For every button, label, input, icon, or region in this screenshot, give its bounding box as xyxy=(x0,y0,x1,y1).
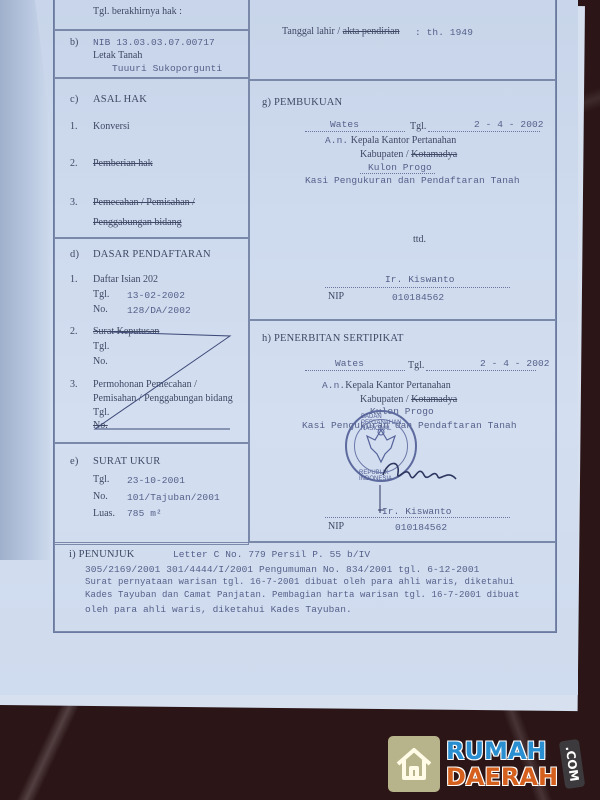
section-i: i) PENUNJUK Letter C No. 779 Persil P. 5… xyxy=(54,542,556,632)
penunjuk-line: Letter C No. 779 Persil P. 55 b/IV xyxy=(173,549,370,560)
asal-hak-num: 2. xyxy=(70,158,78,169)
folded-page-edge xyxy=(0,0,50,560)
section-d: d) DASAR PENDAFTARAN 1. Daftar Isian 202… xyxy=(54,238,249,443)
penunjuk-line: 305/2169/2001 301/4444/I/2001 Pengumuman… xyxy=(85,564,479,575)
asal-hak-title: ASAL HAK xyxy=(93,94,147,105)
asal-hak-item: Pemberian hak xyxy=(93,158,153,169)
tgl-label: Tgl. xyxy=(93,474,109,485)
asal-hak-item: Pemecahan / Pemisahan / xyxy=(93,197,195,208)
form-sheet: Tgl. berakhirnya hak : Tanggal lahir / a… xyxy=(53,0,557,633)
cancel-z-mark xyxy=(55,239,250,444)
asal-hak-num: 3. xyxy=(70,197,78,208)
logo-word-daerah: DAERAH xyxy=(446,764,558,790)
section-b: b) NIB 13.03.03.07.00717 Letak Tanah Tuu… xyxy=(54,30,249,78)
nip-label: NIP xyxy=(328,521,344,532)
birth-cell: Tanggal lahir / akta pendirian : th. 194… xyxy=(249,0,556,80)
role-value: Kasi Pengukuran dan Pendaftaran Tanah xyxy=(305,175,520,186)
section-c: c) ASAL HAK 1. Konversi 2. Pemberian hak… xyxy=(54,78,249,238)
penunjuk-line: oleh para ahli waris, diketahui Kades Ta… xyxy=(85,604,352,615)
rumahdaerah-watermark: RUMAH DAERAH .COM xyxy=(388,736,582,792)
asal-hak-item: Konversi xyxy=(93,121,130,132)
ttd-label: ttd. xyxy=(413,234,426,245)
kabupaten-line: Kabupaten / Kotamadya xyxy=(360,394,457,405)
nip-value: 010184562 xyxy=(392,292,444,303)
pembukuan-place: Wates xyxy=(330,119,359,130)
signatory-name: Ir. Kiswanto xyxy=(385,274,455,285)
penunjuk-line: Kades Tayuban dan Camat Panjatan. Pembag… xyxy=(85,590,520,600)
letak-value: Tuuuri Sukoporgunti xyxy=(112,63,222,74)
birth-value: : th. 1949 xyxy=(415,27,473,38)
signature-scribble xyxy=(378,455,468,515)
house-icon xyxy=(388,736,440,792)
an-line: A.n.Kepala Kantor Pertanahan xyxy=(322,380,451,391)
section-e-marker: e) xyxy=(70,456,79,467)
pembukuan-date: 2 - 4 - 2002 xyxy=(474,119,544,130)
letak-label: Letak Tanah xyxy=(93,50,142,61)
asal-hak-item: Penggabungan bidang xyxy=(93,217,182,228)
luas-label: Luas. xyxy=(93,508,115,519)
nib-value: NIB 13.03.03.07.00717 xyxy=(93,37,215,48)
asal-hak-num: 1. xyxy=(70,121,78,132)
tgl-label: Tgl. xyxy=(410,121,426,132)
nip-label: NIP xyxy=(328,291,344,302)
surat-ukur-date: 23-10-2001 xyxy=(127,475,185,486)
logo-com-badge: .COM xyxy=(559,739,585,789)
nip-value: 010184562 xyxy=(395,522,447,533)
section-g: g) PEMBUKUAN Wates Tgl. 2 - 4 - 2002 A.n… xyxy=(249,80,556,320)
region-value: Kulon Progo xyxy=(368,162,432,173)
penerbitan-place: Wates xyxy=(335,358,364,369)
hak-expiry-label: Tgl. berakhirnya hak : xyxy=(93,6,182,17)
logo-word-rumah: RUMAH xyxy=(446,738,558,764)
penerbitan-date: 2 - 4 - 2002 xyxy=(480,358,550,369)
tgl-label: Tgl. xyxy=(408,360,424,371)
no-label: No. xyxy=(93,491,108,502)
birth-label: Tanggal lahir / akta pendirian xyxy=(282,26,400,37)
penerbitan-title: h) PENERBITAN SERTIPIKAT xyxy=(262,333,404,344)
luas-value: 785 m² xyxy=(127,508,162,519)
an-line: A.n. Kepala Kantor Pertanahan xyxy=(325,135,456,146)
surat-ukur-number: 101/Tajuban/2001 xyxy=(127,492,220,503)
section-e: e) SURAT UKUR Tgl. 23-10-2001 No. 101/Ta… xyxy=(54,443,249,545)
penunjuk-line: Surat pernyataan warisan tgl. 16-7-2001 … xyxy=(85,577,514,587)
penunjuk-title: i) PENUNJUK xyxy=(69,549,135,560)
section-b-marker: b) xyxy=(70,37,78,48)
section-c-marker: c) xyxy=(70,94,79,105)
hak-expiry-cell: Tgl. berakhirnya hak : xyxy=(54,0,249,30)
surat-ukur-title: SURAT UKUR xyxy=(93,456,160,467)
pembukuan-title: g) PEMBUKUAN xyxy=(262,97,342,108)
kabupaten-line: Kabupaten / Kotamadya xyxy=(360,149,457,160)
